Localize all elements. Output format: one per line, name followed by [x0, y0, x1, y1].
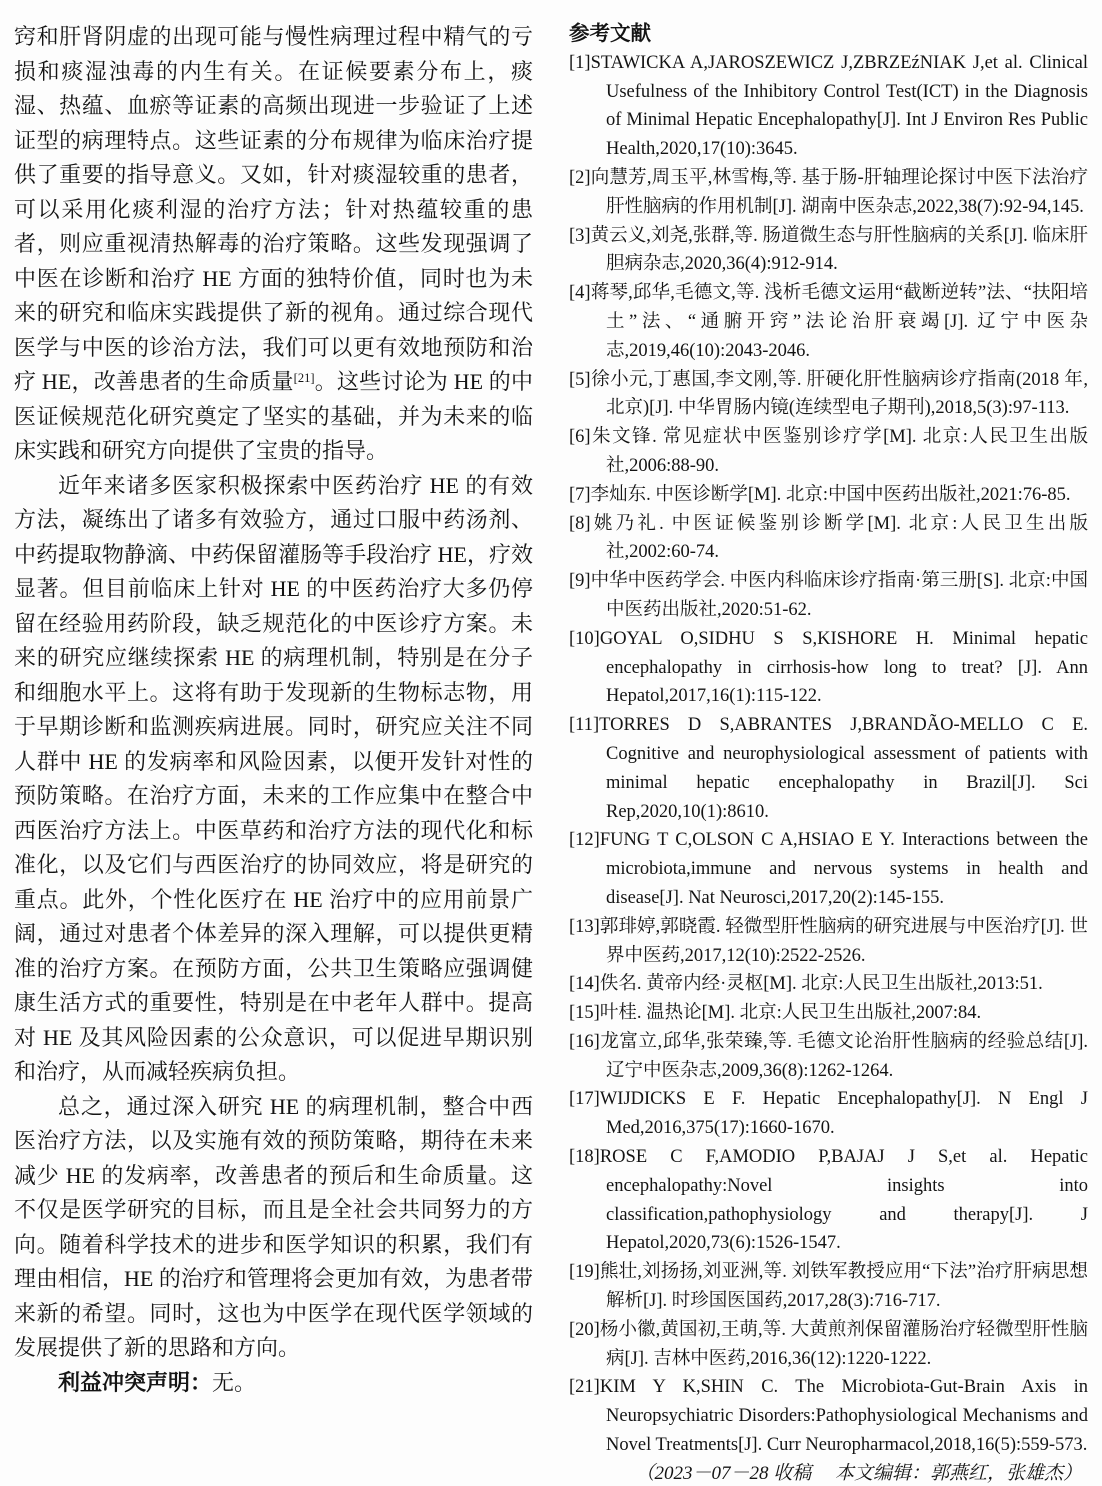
reference-text: 佚名. 黄帝内经·灵枢[M]. 北京:人民卫生出版社,2013:51. — [600, 974, 1043, 994]
reference-item: [3]黄云义,刘尧,张群,等. 肠道微生态与肝性脑病的关系[J]. 临床肝胆病杂… — [569, 222, 1088, 280]
references-column: 参考文献 [1]STAWICKA A,JAROSZEWICZ J,ZBRZEźN… — [569, 20, 1088, 1486]
reference-text: 李灿东. 中医诊断学[M]. 北京:中国中医药出版社,2021:76-85. — [591, 485, 1071, 505]
reference-number: [15] — [569, 1003, 600, 1023]
reference-list: [1]STAWICKA A,JAROSZEWICZ J,ZBRZEźNIAK J… — [569, 49, 1088, 1460]
reference-text: 叶桂. 温热论[M]. 北京:人民卫生出版社,2007:84. — [600, 1003, 981, 1023]
reference-item: [1]STAWICKA A,JAROSZEWICZ J,ZBRZEźNIAK J… — [569, 49, 1088, 164]
reference-item: [16]龙富立,邱华,张荣臻,等. 毛德文论治肝性脑病的经验总结[J]. 辽宁中… — [569, 1028, 1088, 1086]
reference-item: [15]叶桂. 温热论[M]. 北京:人民卫生出版社,2007:84. — [569, 999, 1088, 1028]
reference-number: [13] — [569, 917, 600, 937]
reference-text: 向慧芳,周玉平,林雪梅,等. 基于肠-肝轴理论探讨中医下法治疗肝性脑病的作用机制… — [591, 168, 1088, 217]
reference-item: [21]KIM Y K,SHIN C. The Microbiota-Gut-B… — [569, 1373, 1088, 1459]
reference-item: [18]ROSE C F,AMODIO P,BAJAJ J S,et al. H… — [569, 1143, 1088, 1258]
reference-item: [5]徐小元,丁惠国,李文刚,等. 肝硬化肝性脑病诊疗指南(2018 年,北京)… — [569, 366, 1088, 424]
reference-item: [6]朱文锋. 常见症状中医鉴别诊疗学[M]. 北京:人民卫生出版社,2006:… — [569, 423, 1088, 481]
reference-number: [1] — [569, 53, 591, 73]
reference-number: [18] — [569, 1147, 600, 1167]
paragraph-conclusion: 总之，通过深入研究 HE 的病理机制，整合中西医治疗方法，以及实施有效的预防策略… — [14, 1090, 533, 1366]
reference-number: [3] — [569, 226, 591, 246]
reference-text: STAWICKA A,JAROSZEWICZ J,ZBRZEźNIAK J,et… — [591, 53, 1088, 159]
reference-text: 熊壮,刘扬扬,刘亚洲,等. 刘铁军教授应用“下法”治疗肝病思想解析[J]. 时珍… — [600, 1262, 1088, 1311]
reference-text: 杨小徽,黄国初,王萌,等. 大黄煎剂保留灌肠治疗轻微型肝性脑病[J]. 吉林中医… — [600, 1320, 1088, 1369]
reference-number: [12] — [569, 830, 600, 850]
reference-number: [16] — [569, 1032, 600, 1052]
reference-item: [20]杨小徽,黄国初,王萌,等. 大黄煎剂保留灌肠治疗轻微型肝性脑病[J]. … — [569, 1316, 1088, 1374]
reference-text: GOYAL O,SIDHU S S,KISHORE H. Minimal hep… — [600, 629, 1088, 707]
reference-text: 姚乃礼. 中医证候鉴别诊断学[M]. 北京:人民卫生出版社,2002:60-74… — [591, 514, 1088, 563]
reference-item: [4]蒋琴,邱华,毛德文,等. 浅析毛德文运用“截断逆转”法、“扶阳培土”法、“… — [569, 279, 1088, 365]
reference-text: 朱文锋. 常见症状中医鉴别诊疗学[M]. 北京:人民卫生出版社,2006:88-… — [591, 427, 1088, 476]
reference-text: 蒋琴,邱华,毛德文,等. 浅析毛德文运用“截断逆转”法、“扶阳培土”法、“通腑开… — [591, 283, 1088, 361]
references-heading: 参考文献 — [569, 20, 1088, 49]
received-date-editor-note: （2023－07－28 收稿 本文编辑：郭燕红，张雄杰） — [569, 1460, 1088, 1486]
reference-number: [8] — [569, 514, 591, 534]
reference-number: [9] — [569, 571, 591, 591]
reference-text: WIJDICKS E F. Hepatic Encephalopathy[J].… — [600, 1089, 1088, 1138]
conflict-of-interest-line: 利益冲突声明：无。 — [14, 1366, 533, 1401]
paragraph-text: 窍和肝肾阴虚的出现可能与慢性病理过程中精气的亏损和痰湿浊毒的内生有关。在证候要素… — [14, 24, 533, 394]
reference-number: [14] — [569, 974, 600, 994]
reference-text: 龙富立,邱华,张荣臻,等. 毛德文论治肝性脑病的经验总结[J]. 辽宁中医杂志,… — [600, 1032, 1088, 1081]
reference-number: [2] — [569, 168, 591, 188]
reference-text: 徐小元,丁惠国,李文刚,等. 肝硬化肝性脑病诊疗指南(2018 年,北京)[J]… — [591, 370, 1088, 419]
reference-number: [20] — [569, 1320, 600, 1340]
reference-item: [8]姚乃礼. 中医证候鉴别诊断学[M]. 北京:人民卫生出版社,2002:60… — [569, 510, 1088, 568]
reference-item: [14]佚名. 黄帝内经·灵枢[M]. 北京:人民卫生出版社,2013:51. — [569, 970, 1088, 999]
conflict-of-interest-label: 利益冲突声明： — [58, 1370, 212, 1395]
reference-item: [7]李灿东. 中医诊断学[M]. 北京:中国中医药出版社,2021:76-85… — [569, 481, 1088, 510]
reference-text: 郭琲婷,郭晓霞. 轻微型肝性脑病的研究进展与中医治疗[J]. 世界中医药,201… — [600, 917, 1088, 966]
reference-text: KIM Y K,SHIN C. The Microbiota-Gut-Brain… — [600, 1377, 1088, 1455]
reference-text: ROSE C F,AMODIO P,BAJAJ J S,et al. Hepat… — [600, 1147, 1088, 1253]
reference-item: [17]WIJDICKS E F. Hepatic Encephalopathy… — [569, 1085, 1088, 1143]
reference-item: [2]向慧芳,周玉平,林雪梅,等. 基于肠-肝轴理论探讨中医下法治疗肝性脑病的作… — [569, 164, 1088, 222]
reference-number: [11] — [569, 715, 599, 735]
left-column: 窍和肝肾阴虚的出现可能与慢性病理过程中精气的亏损和痰湿浊毒的内生有关。在证候要素… — [14, 20, 533, 1486]
reference-number: [10] — [569, 629, 600, 649]
reference-text: FUNG T C,OLSON C A,HSIAO E Y. Interactio… — [600, 830, 1088, 908]
reference-number: [17] — [569, 1089, 600, 1109]
reference-item: [13]郭琲婷,郭晓霞. 轻微型肝性脑病的研究进展与中医治疗[J]. 世界中医药… — [569, 913, 1088, 971]
reference-number: [21] — [569, 1377, 600, 1397]
reference-number: [5] — [569, 370, 591, 390]
reference-number: [6] — [569, 427, 591, 447]
reference-text: 中华中医药学会. 中医内科临床诊疗指南·第三册[S]. 北京:中国中医药出版社,… — [591, 571, 1088, 620]
reference-number: [19] — [569, 1262, 600, 1282]
reference-text: TORRES D S,ABRANTES J,BRANDÃO-MELLO C E.… — [599, 715, 1088, 821]
paper-page: 窍和肝肾阴虚的出现可能与慢性病理过程中精气的亏损和痰湿浊毒的内生有关。在证候要素… — [0, 0, 1102, 1486]
reference-number: [4] — [569, 283, 591, 303]
reference-item: [10]GOYAL O,SIDHU S S,KISHORE H. Minimal… — [569, 625, 1088, 711]
reference-item: [9]中华中医药学会. 中医内科临床诊疗指南·第三册[S]. 北京:中国中医药出… — [569, 567, 1088, 625]
paragraph-future-research: 近年来诸多医家积极探索中医药治疗 HE 的有效方法，凝练出了诸多有效验方，通过口… — [14, 469, 533, 1090]
reference-item: [12]FUNG T C,OLSON C A,HSIAO E Y. Intera… — [569, 826, 1088, 912]
reference-item: [11]TORRES D S,ABRANTES J,BRANDÃO-MELLO … — [569, 711, 1088, 826]
reference-item: [19]熊壮,刘扬扬,刘亚洲,等. 刘铁军教授应用“下法”治疗肝病思想解析[J]… — [569, 1258, 1088, 1316]
reference-text: 黄云义,刘尧,张群,等. 肠道微生态与肝性脑病的关系[J]. 临床肝胆病杂志,2… — [591, 226, 1088, 275]
conflict-of-interest-value: 无。 — [212, 1370, 256, 1395]
paragraph-discussion: 窍和肝肾阴虚的出现可能与慢性病理过程中精气的亏损和痰湿浊毒的内生有关。在证候要素… — [14, 20, 533, 469]
reference-number: [7] — [569, 485, 591, 505]
citation-ref-21: [21] — [294, 371, 315, 385]
